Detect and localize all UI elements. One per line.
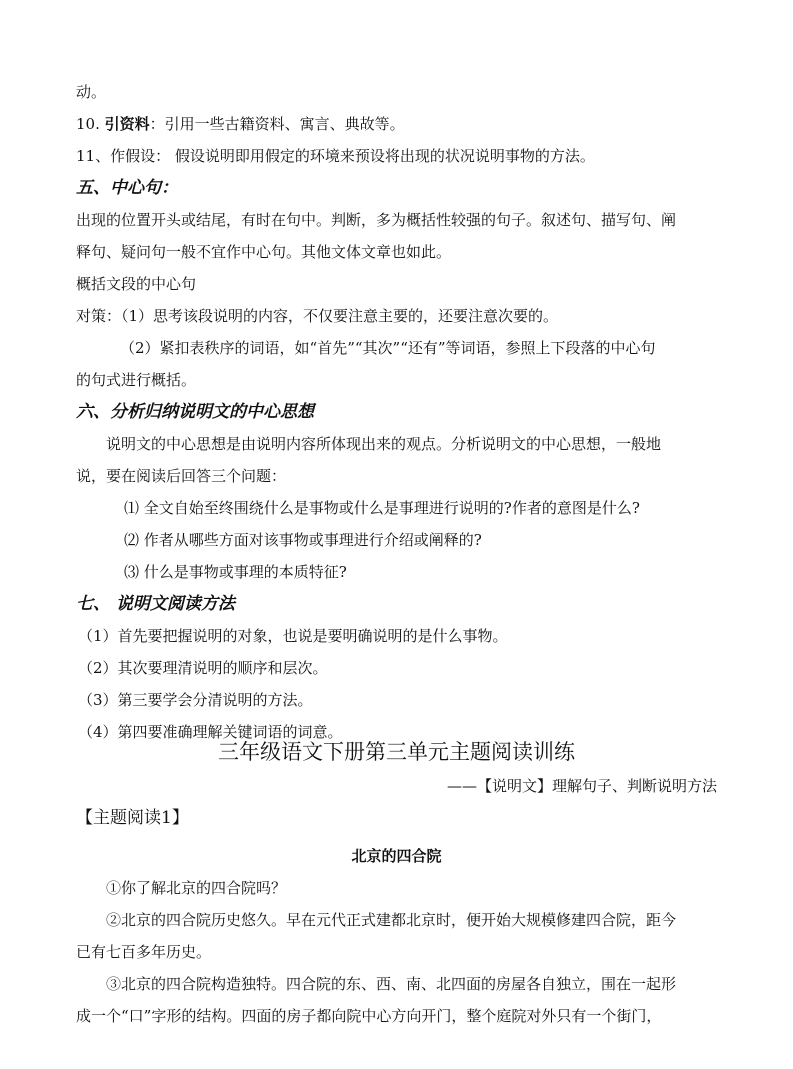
page-title: 三年级语文下册第三单元主题阅读训练 [0,738,793,766]
question-item: ⑵ 作者从哪些方面对该事物或事理进行介绍或阐释的? [124,530,482,550]
question-item: ⑴ 全文自始至终围绕什么是事物或什么是事理进行说明的?作者的意图是什么? [124,498,640,518]
method-10-term: 引资料 [105,115,150,133]
method-10-num: 10. [76,115,105,133]
method-10-desc: ：引用一些古籍资料、寓言、典故等。 [150,115,405,133]
article-paragraph: 已有七百多年历史。 [76,942,211,962]
paragraph: 释句、疑问句一般不宜作中心句。其他文体文章也如此。 [76,242,451,262]
method-item: （3）第三要学会分清说明的方法。 [78,690,313,710]
section-7-heading: 七、 说明文阅读方法 [76,594,235,614]
reading-label: 【主题阅读1】 [76,806,189,830]
paragraph: 说明文的中心思想是由说明内容所体现出来的观点。分析说明文的中心思想，一般地 [106,434,661,454]
paragraph: 概括文段的中心句 [76,274,196,294]
section-5-heading: 五、中心句： [76,178,178,198]
article-paragraph: ③北京的四合院构造独特。四合院的东、西、南、北四面的房屋各自独立，围在一起形 [106,974,676,994]
article-paragraph: 成一个“口”字形的结构。四面的房子都向院中心方向开门，整个庭院对外只有一个街门， [76,1006,661,1026]
paragraph: 说，要在阅读后回答三个问题： [76,466,286,486]
paragraph: 对策：（1）思考该段说明的内容，不仅要注意主要的，还要注意次要的。 [76,306,558,326]
article-paragraph: ①你了解北京的四合院吗？ [106,878,286,898]
method-10: 10. 引资料：引用一些古籍资料、寓言、典故等。 [76,114,405,134]
method-11: 11、作假设： 假设说明即用假定的环境来预设将出现的状况说明事物的方法。 [76,146,595,166]
method-item: （1）首先要把握说明的对象，也说是要明确说明的是什么事物。 [78,626,508,646]
paragraph: （2）紧扣表秩序的词语，如“首先”“其次”“还有”等词语，参照上下段落的中心句 [120,338,656,358]
article-title: 北京的四合院 [0,846,793,866]
question-item: ⑶ 什么是事物或事理的本质特征? [124,562,347,582]
paragraph: 出现的位置开头或结尾，有时在句中。判断，多为概括性较强的句子。叙述句、描写句、阐 [76,210,676,230]
section-6-heading: 六、分析归纳说明文的中心思想 [76,402,314,422]
text-line: 动。 [76,82,106,102]
page-subtitle: ——【说明文】理解句子、判断说明方法 [447,776,717,796]
paragraph: 的句式进行概括。 [76,370,196,390]
method-item: （2）其次要理清说明的顺序和层次。 [78,658,328,678]
article-paragraph: ②北京的四合院历史悠久。早在元代正式建都北京时，便开始大规模修建四合院，距今 [106,910,676,930]
